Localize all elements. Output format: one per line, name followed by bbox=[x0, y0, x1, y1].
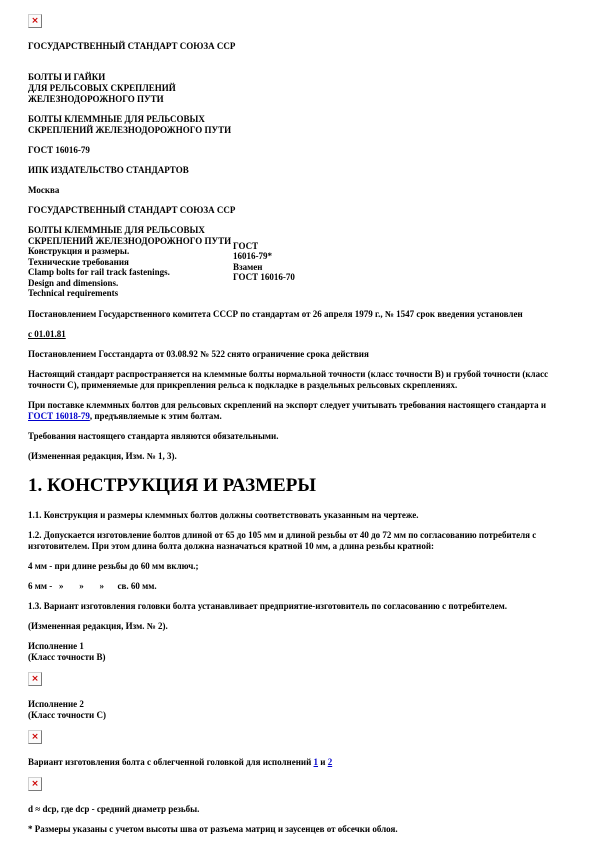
broken-image-row-version-1: × bbox=[28, 672, 565, 690]
title-block-left-line: Технические требования bbox=[28, 257, 129, 267]
footnote-diameter: d ≈ dср, где dср - средний диаметр резьб… bbox=[28, 804, 565, 815]
document-page: × ГОСУДАРСТВЕННЫЙ СТАНДАРТ СОЮЗА ССР БОЛ… bbox=[0, 0, 595, 842]
title-block-left-line: Design and dimensions. bbox=[28, 278, 118, 288]
title-block-left-line: Technical requirements bbox=[28, 288, 118, 298]
title-block-right-line: ГОСТ 16016-70 bbox=[233, 272, 295, 282]
version-2-caption: Исполнение 2 (Класс точности С) bbox=[28, 699, 565, 721]
red-x-icon: × bbox=[29, 15, 41, 27]
version-1-class: (Класс точности В) bbox=[28, 652, 106, 662]
variant-caption: Вариант изготовления болта с облегченной… bbox=[28, 757, 565, 768]
variant-link-2[interactable]: 2 bbox=[328, 757, 333, 767]
standard-title-line: БОЛТЫ И ГАЙКИ bbox=[28, 72, 105, 82]
broken-image-icon: × bbox=[28, 730, 42, 744]
version-1-line: Исполнение 1 bbox=[28, 641, 84, 651]
broken-image-icon: × bbox=[28, 672, 42, 686]
city: Москва bbox=[28, 185, 565, 196]
title-block-right-line: 16016-79* bbox=[233, 251, 272, 261]
broken-image-row-variant: × bbox=[28, 777, 565, 795]
broken-image-icon: × bbox=[28, 777, 42, 791]
paragraph-1-1: 1.1. Конструкция и размеры клеммных болт… bbox=[28, 510, 565, 521]
title-block-right-line: Взамен bbox=[233, 262, 262, 272]
effective-date: с 01.01.81 bbox=[28, 329, 565, 340]
title-block-left-line: СКРЕПЛЕНИЙ ЖЕЛЕЗНОДОРОЖНОГО ПУТИ bbox=[28, 236, 231, 246]
export-text-before: При поставке клеммных болтов для рельсов… bbox=[28, 400, 546, 410]
gost-16018-79-link[interactable]: ГОСТ 16018-79 bbox=[28, 411, 90, 421]
broken-image-row-top: × bbox=[28, 14, 565, 32]
decree-paragraph-1: Постановлением Государственного комитета… bbox=[28, 309, 565, 320]
standard-subtitle: БОЛТЫ КЛЕММНЫЕ ДЛЯ РЕЛЬСОВЫХ СКРЕПЛЕНИЙ … bbox=[28, 114, 565, 136]
version-2-class: (Класс точности С) bbox=[28, 710, 106, 720]
footnote-asterisk: * Размеры указаны с учетом высоты шва от… bbox=[28, 824, 565, 835]
export-text-after: , предъявляемые к этим болтам. bbox=[90, 411, 222, 421]
revision-note-2: (Измененная редакция, Изм. № 2). bbox=[28, 621, 565, 632]
standard-title: БОЛТЫ И ГАЙКИ ДЛЯ РЕЛЬСОВЫХ СКРЕПЛЕНИЙ Ж… bbox=[28, 72, 565, 105]
scope-paragraph: Настоящий стандарт распространяется на к… bbox=[28, 369, 565, 391]
version-1-caption: Исполнение 1 (Класс точности В) bbox=[28, 641, 565, 663]
export-paragraph: При поставке клеммных болтов для рельсов… bbox=[28, 400, 565, 422]
standard-title-line: ДЛЯ РЕЛЬСОВЫХ СКРЕПЛЕНИЙ bbox=[28, 83, 176, 93]
title-block: БОЛТЫ КЛЕММНЫЕ ДЛЯ РЕЛЬСОВЫХ СКРЕПЛЕНИЙ … bbox=[28, 225, 565, 299]
red-x-icon: × bbox=[29, 731, 41, 743]
broken-image-row-version-2: × bbox=[28, 730, 565, 748]
title-block-left: БОЛТЫ КЛЕММНЫЕ ДЛЯ РЕЛЬСОВЫХ СКРЕПЛЕНИЙ … bbox=[28, 225, 233, 299]
paragraph-1-2: 1.2. Допускается изготовление болтов дли… bbox=[28, 530, 565, 552]
red-x-icon: × bbox=[29, 673, 41, 685]
mandatory-paragraph: Требования настоящего стандарта являются… bbox=[28, 431, 565, 442]
variant-caption-text: Вариант изготовления болта с облегченной… bbox=[28, 757, 314, 767]
title-block-left-line: БОЛТЫ КЛЕММНЫЕ ДЛЯ РЕЛЬСОВЫХ bbox=[28, 225, 205, 235]
standard-subtitle-line: БОЛТЫ КЛЕММНЫЕ ДЛЯ РЕЛЬСОВЫХ bbox=[28, 114, 205, 124]
publisher: ИПК ИЗДАТЕЛЬСТВО СТАНДАРТОВ bbox=[28, 165, 565, 176]
title-block-left-line: Clamp bolts for rail track fastenings. bbox=[28, 267, 170, 277]
pitch-line-4mm: 4 мм - при длине резьбы до 60 мм включ.; bbox=[28, 561, 565, 572]
title-block-left-line: Конструкция и размеры. bbox=[28, 246, 129, 256]
gost-number: ГОСТ 16016-79 bbox=[28, 145, 565, 156]
title-block-right: ГОСТ 16016-79* Взамен ГОСТ 16016-70 bbox=[233, 241, 295, 283]
decree-paragraph-2: Постановлением Госстандарта от 03.08.92 … bbox=[28, 349, 565, 360]
version-2-line: Исполнение 2 bbox=[28, 699, 84, 709]
broken-image-icon: × bbox=[28, 14, 42, 28]
standard-title-line: ЖЕЛЕЗНОДОРОЖНОГО ПУТИ bbox=[28, 94, 164, 104]
standard-subtitle-line: СКРЕПЛЕНИЙ ЖЕЛЕЗНОДОРОЖНОГО ПУТИ bbox=[28, 125, 231, 135]
red-x-icon: × bbox=[29, 778, 41, 790]
paragraph-1-3: 1.3. Вариант изготовления головки болта … bbox=[28, 601, 565, 612]
title-block-right-line: ГОСТ bbox=[233, 241, 258, 251]
variant-caption-mid: и bbox=[318, 757, 328, 767]
pitch-line-6mm: 6 мм - » » » св. 60 мм. bbox=[28, 581, 565, 592]
revision-note-1: (Измененная редакция, Изм. № 1, 3). bbox=[28, 451, 565, 462]
section-1-heading: 1. КОНСТРУКЦИЯ И РАЗМЕРЫ bbox=[28, 475, 565, 496]
org-title: ГОСУДАРСТВЕННЫЙ СТАНДАРТ СОЮЗА ССР bbox=[28, 41, 565, 52]
org-title-repeat: ГОСУДАРСТВЕННЫЙ СТАНДАРТ СОЮЗА ССР bbox=[28, 205, 565, 216]
